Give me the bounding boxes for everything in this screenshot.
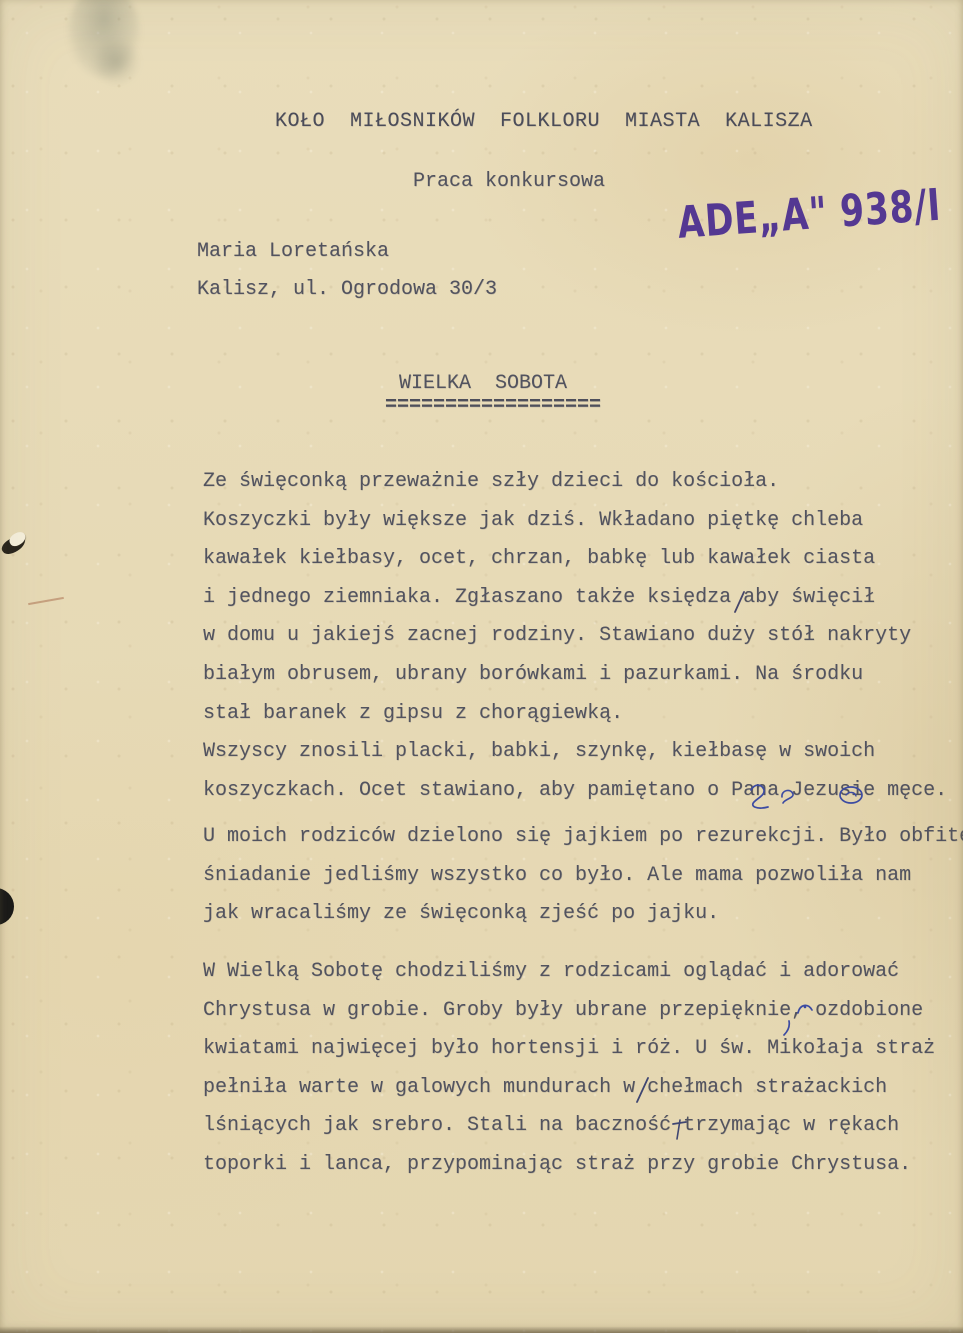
text-line: pełniła warte w galowych mundurach w che… (203, 1069, 935, 1108)
text-line: Chrystusa w grobie. Groby były ubrane pr… (203, 992, 935, 1031)
organization-header: KOŁO MIŁOSNIKÓW FOLKLORU MIASTA KALISZA (275, 112, 813, 132)
document-title: WIELKA SOBOTA (399, 374, 567, 394)
text-line: U moich rodziców dzielono się jajkiem po… (203, 818, 963, 857)
text-line: Koszyczki były większe jak dziś. Wkładan… (203, 502, 947, 541)
text-line: Ze święconką przeważnie szły dzieci do k… (203, 463, 947, 502)
text-line: kawałek kiełbasy, ocet, chrzan, babkę lu… (203, 540, 947, 579)
paper-scratch (28, 597, 64, 605)
text-line: jak wracaliśmy ze święconką zjeść po jaj… (203, 895, 963, 934)
document-subtitle: Praca konkursowa (413, 172, 605, 192)
paragraph-2: U moich rodziców dzielono się jajkiem po… (203, 818, 963, 934)
paragraph-1: Ze święconką przeważnie szły dzieci do k… (203, 463, 947, 810)
scanned-document-page: KOŁO MIŁOSNIKÓW FOLKLORU MIASTA KALISZA … (0, 0, 963, 1333)
text-line: kwiatami najwięcej było hortensji i róż.… (203, 1030, 935, 1069)
title-underline: ================== (385, 396, 601, 416)
text-line: białym obrusem, ubrany borówkami i pazur… (203, 656, 947, 695)
gray-smudge-stain-small (92, 38, 140, 86)
text-line: i jednego ziemniaka. Zgłaszano także ksi… (203, 579, 947, 618)
text-line: Wszyscy znosili placki, babki, szynkę, k… (203, 733, 947, 772)
text-line: śniadanie jedliśmy wszystko co było. Ale… (203, 857, 963, 896)
author-name: Maria Loretańska (197, 242, 389, 262)
handwritten-archival-number: ADE„A" 938/I (676, 180, 943, 249)
paragraph-3: W Wielką Sobotę chodziliśmy z rodzicami … (203, 953, 935, 1185)
text-line: koszyczkach. Ocet stawiano, aby pamiętan… (203, 772, 947, 811)
black-ink-blob (0, 888, 14, 925)
text-line: lśniących jak srebro. Stali na baczność … (203, 1107, 935, 1146)
gray-smudge-stain (68, 0, 140, 78)
author-address: Kalisz, ul. Ogrodowa 30/3 (197, 280, 497, 300)
text-line: W Wielką Sobotę chodziliśmy z rodzicami … (203, 953, 935, 992)
text-line: stał baranek z gipsu z chorągiewką. (203, 695, 947, 734)
text-line: w domu u jakiejś zacnej rodziny. Stawian… (203, 617, 947, 656)
text-line: toporki i lanca, przypominając straż prz… (203, 1146, 935, 1185)
